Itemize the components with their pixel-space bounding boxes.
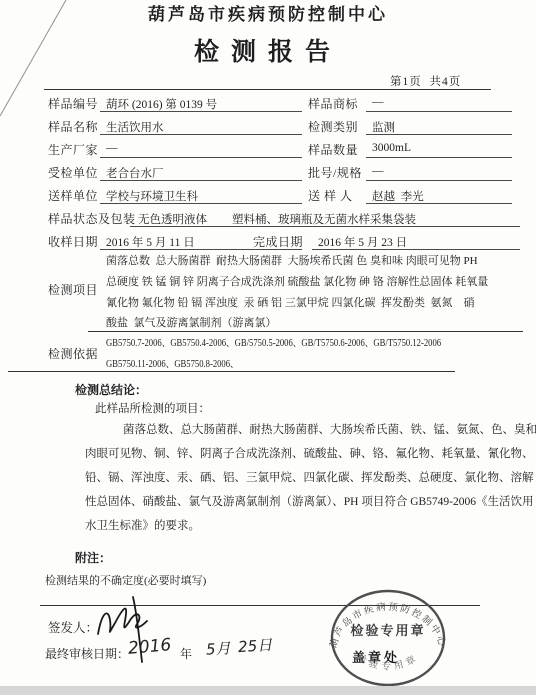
items-line: 菌落总数 总大肠菌群 耐热大肠菌群 大肠埃希氏菌 色 臭和味 肉眼可见物 PH: [106, 252, 478, 268]
scan-edge-strip: [0, 686, 536, 695]
conclusion-line: 性总固体、硝酸盐、氯气及游离氯制剂（游离氯）、PH 项目符合 GB5749-20…: [85, 493, 534, 509]
section-divider: [8, 371, 455, 372]
signature-stroke: [98, 608, 147, 634]
conclusion-line: 肉眼可见物、铜、锌、阴离子合成洗涤剂、硫酸盐、砷、铬、氟化物、耗氧量、氰化物、: [85, 445, 534, 461]
complete-date-label: 完成日期: [253, 233, 303, 250]
field-value: 监测: [372, 119, 395, 135]
receive-date-label: 收样日期: [48, 233, 98, 250]
seal-bottom-arc-text: 检验专用章: [355, 651, 421, 672]
review-date-label: 最终审核日期：: [45, 645, 129, 662]
review-date-day-handwritten: 25日: [237, 634, 272, 657]
field-value: 3000mL: [372, 142, 411, 154]
basis-label: 检测依据: [48, 345, 98, 362]
basis-line: GB5750.11-2006、GB5750.8-2006、: [106, 356, 239, 371]
field-label: 样品编号: [48, 95, 98, 112]
signer-label: 签发人：: [48, 618, 98, 636]
underline: [100, 180, 302, 181]
review-date-month-handwritten: 5月: [205, 637, 231, 659]
underline: [100, 203, 302, 204]
field-value: 学校与环境卫生科: [106, 188, 198, 204]
status-label: 样品状态及包装: [48, 210, 136, 227]
conclusion-line: 铅、镉、浑浊度、汞、硒、铝、三氯甲烷、四氯化碳、挥发酚类、总硬度、氯化物、溶解: [85, 469, 534, 485]
field-label: 样品名称: [48, 118, 98, 135]
field-label: 送样单位: [48, 187, 98, 204]
inspection-seal-stamp: 葫芦岛市疾病预防控制中心 检验专用章 检验专用章: [322, 587, 457, 693]
conclusion-subtitle: 此样品所检测的项目：: [95, 400, 210, 416]
underline: [366, 180, 512, 181]
field-label: 批号/规格: [308, 164, 362, 181]
conclusion-title: 检测总结论：: [75, 381, 147, 398]
items-line: 总硬度 铁 锰 铜 锌 阴离子合成洗涤剂 硫酸盐 氯化物 砷 铬 溶解性总固体 …: [106, 273, 488, 289]
field-label: 检测类别: [308, 118, 358, 135]
field-value: —: [372, 96, 384, 108]
basis-line: GB5750.7-2006、GB5750.4-2006、GB/5750.5-20…: [106, 335, 441, 350]
complete-date-value: 2016 年 5 月 23 日: [318, 234, 407, 250]
underline: [100, 157, 302, 158]
status-value-package: 塑料桶、玻璃瓶及无菌水样采集袋装: [232, 211, 416, 227]
field-value: 葫环 (2016) 第 0139 号: [106, 96, 217, 112]
field-value: 生活饮用水: [106, 119, 164, 135]
underline: [312, 249, 520, 250]
review-date-year-handwritten: 2016: [127, 635, 172, 659]
items-line: 氰化物 氟化物 铅 镉 浑浊度 汞 硒 铝 三氯甲烷 四氯化碳 挥发酚类 氨氮 …: [106, 294, 475, 310]
field-label: 样品商标: [308, 95, 358, 112]
page-indicator: 第1页 共4页: [390, 73, 461, 89]
seal-center-text: 检验专用章: [350, 623, 425, 638]
field-label: 样品数量: [308, 141, 358, 158]
section-divider: [88, 331, 523, 332]
report-page: 葫芦岛市疾病预防控制中心 检测报告 第1页 共4页 样品编号 葫环 (2016)…: [0, 0, 536, 695]
conclusion-line: 菌落总数、总大肠菌群、耐热大肠菌群、大肠埃希氏菌、铁、锰、氨氮、色、臭和味、: [123, 421, 536, 437]
status-value-state: 无色透明液体: [138, 211, 207, 227]
receive-date-value: 2016 年 5 月 11 日: [106, 234, 195, 250]
field-value: —: [106, 142, 118, 154]
underline: [366, 157, 512, 158]
uncertainty-note: 检测结果的不确定度(必要时填写): [45, 572, 206, 588]
underline: [100, 134, 302, 135]
underline: [366, 134, 512, 135]
underline: [100, 111, 302, 112]
org-title: 葫芦岛市疾病预防控制中心: [0, 0, 536, 25]
underline: [366, 111, 512, 112]
underline: [366, 203, 512, 204]
field-label: 受检单位: [48, 164, 98, 181]
field-value: —: [372, 165, 384, 177]
items-line: 酸盐 氯气及游离氯制剂（游离氯）: [106, 314, 277, 330]
field-value: 老合台水厂: [106, 165, 164, 181]
underline: [130, 226, 520, 227]
header-rule: [44, 89, 491, 90]
items-label: 检测项目: [48, 281, 98, 298]
notes-label: 附注：: [75, 549, 111, 566]
conclusion-line: 水卫生标准》的要求。: [85, 517, 200, 533]
field-label: 送 样 人: [308, 187, 353, 204]
review-date-year-char: 年: [180, 645, 192, 662]
field-value: 赵越 李光: [372, 188, 424, 204]
field-label: 生产厂家: [48, 141, 98, 158]
report-title: 检测报告: [0, 32, 536, 68]
